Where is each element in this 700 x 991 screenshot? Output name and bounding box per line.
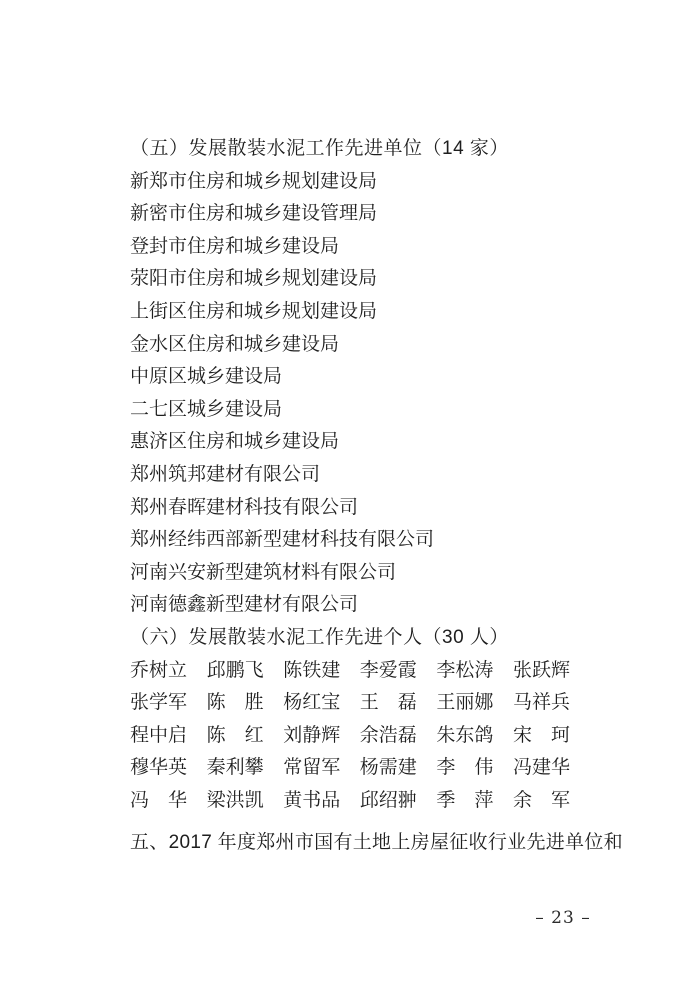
page-number: – 23 – <box>518 907 608 929</box>
unit-line: 上街区住房和城乡规划建设局 <box>130 296 640 329</box>
person-name: 马祥兵 <box>513 687 570 720</box>
name-row: 穆华英 秦利攀 常留军 杨需建 李 伟 冯建华 <box>130 752 570 785</box>
person-name: 冯 华 <box>130 785 187 818</box>
unit-line: 荥阳市住房和城乡规划建设局 <box>130 263 640 296</box>
person-name: 王 磊 <box>360 687 417 720</box>
name-row: 乔树立 邱鹏飞 陈铁建 李爱霞 李松涛 张跃辉 <box>130 655 570 688</box>
person-name: 穆华英 <box>130 752 187 785</box>
unit-line: 二七区城乡建设局 <box>130 394 640 427</box>
person-name: 张学军 <box>130 687 187 720</box>
person-name: 刘静辉 <box>283 720 340 753</box>
document-page: （五）发展散装水泥工作先进单位（14 家） 新郑市住房和城乡规划建设局 新密市住… <box>0 0 700 991</box>
person-name: 乔树立 <box>130 655 187 688</box>
person-name: 宋 珂 <box>513 720 570 753</box>
person-name: 黄书品 <box>283 785 340 818</box>
person-name: 常留军 <box>283 752 340 785</box>
section-5-heading: （五）发展散装水泥工作先进单位（14 家） <box>130 133 640 166</box>
unit-line: 金水区住房和城乡建设局 <box>130 329 640 362</box>
person-name: 李 伟 <box>436 752 493 785</box>
person-name: 余浩磊 <box>360 720 417 753</box>
person-name: 程中启 <box>130 720 187 753</box>
unit-line: 新郑市住房和城乡规划建设局 <box>130 166 640 199</box>
person-name: 杨红宝 <box>283 687 340 720</box>
person-name: 秦利攀 <box>207 752 264 785</box>
person-name: 朱东鸽 <box>436 720 493 753</box>
person-name: 杨需建 <box>360 752 417 785</box>
unit-line: 郑州春晖建材科技有限公司 <box>130 492 640 525</box>
unit-line: 新密市住房和城乡建设管理局 <box>130 198 640 231</box>
section-6-heading: （六）发展散装水泥工作先进个人（30 人） <box>130 622 640 655</box>
person-name: 冯建华 <box>513 752 570 785</box>
person-name: 邱绍翀 <box>360 785 417 818</box>
person-name: 余 军 <box>513 785 570 818</box>
person-name: 梁洪凯 <box>207 785 264 818</box>
person-name: 张跃辉 <box>513 655 570 688</box>
unit-line: 河南德鑫新型建材有限公司 <box>130 589 640 622</box>
unit-line: 郑州筑邦建材有限公司 <box>130 459 640 492</box>
person-name: 陈 胜 <box>207 687 264 720</box>
person-name: 陈 红 <box>207 720 264 753</box>
person-name: 李爱霞 <box>360 655 417 688</box>
unit-line: 河南兴安新型建筑材料有限公司 <box>130 557 640 590</box>
unit-line: 中原区城乡建设局 <box>130 361 640 394</box>
document-body: （五）发展散装水泥工作先进单位（14 家） 新郑市住房和城乡规划建设局 新密市住… <box>130 133 640 860</box>
person-name: 季 萍 <box>436 785 493 818</box>
person-name: 陈铁建 <box>283 655 340 688</box>
unit-line: 惠济区住房和城乡建设局 <box>130 426 640 459</box>
person-name: 邱鹏飞 <box>207 655 264 688</box>
person-name: 李松涛 <box>436 655 493 688</box>
name-row: 程中启 陈 红 刘静辉 余浩磊 朱东鸽 宋 珂 <box>130 720 570 753</box>
next-section-heading: 五、2017 年度郑州市国有土地上房屋征收行业先进单位和 <box>130 827 640 860</box>
unit-line: 郑州经纬西部新型建材科技有限公司 <box>130 524 640 557</box>
unit-line: 登封市住房和城乡建设局 <box>130 231 640 264</box>
person-name: 王丽娜 <box>436 687 493 720</box>
name-row: 冯 华 梁洪凯 黄书品 邱绍翀 季 萍 余 军 <box>130 785 570 818</box>
name-row: 张学军 陈 胜 杨红宝 王 磊 王丽娜 马祥兵 <box>130 687 570 720</box>
